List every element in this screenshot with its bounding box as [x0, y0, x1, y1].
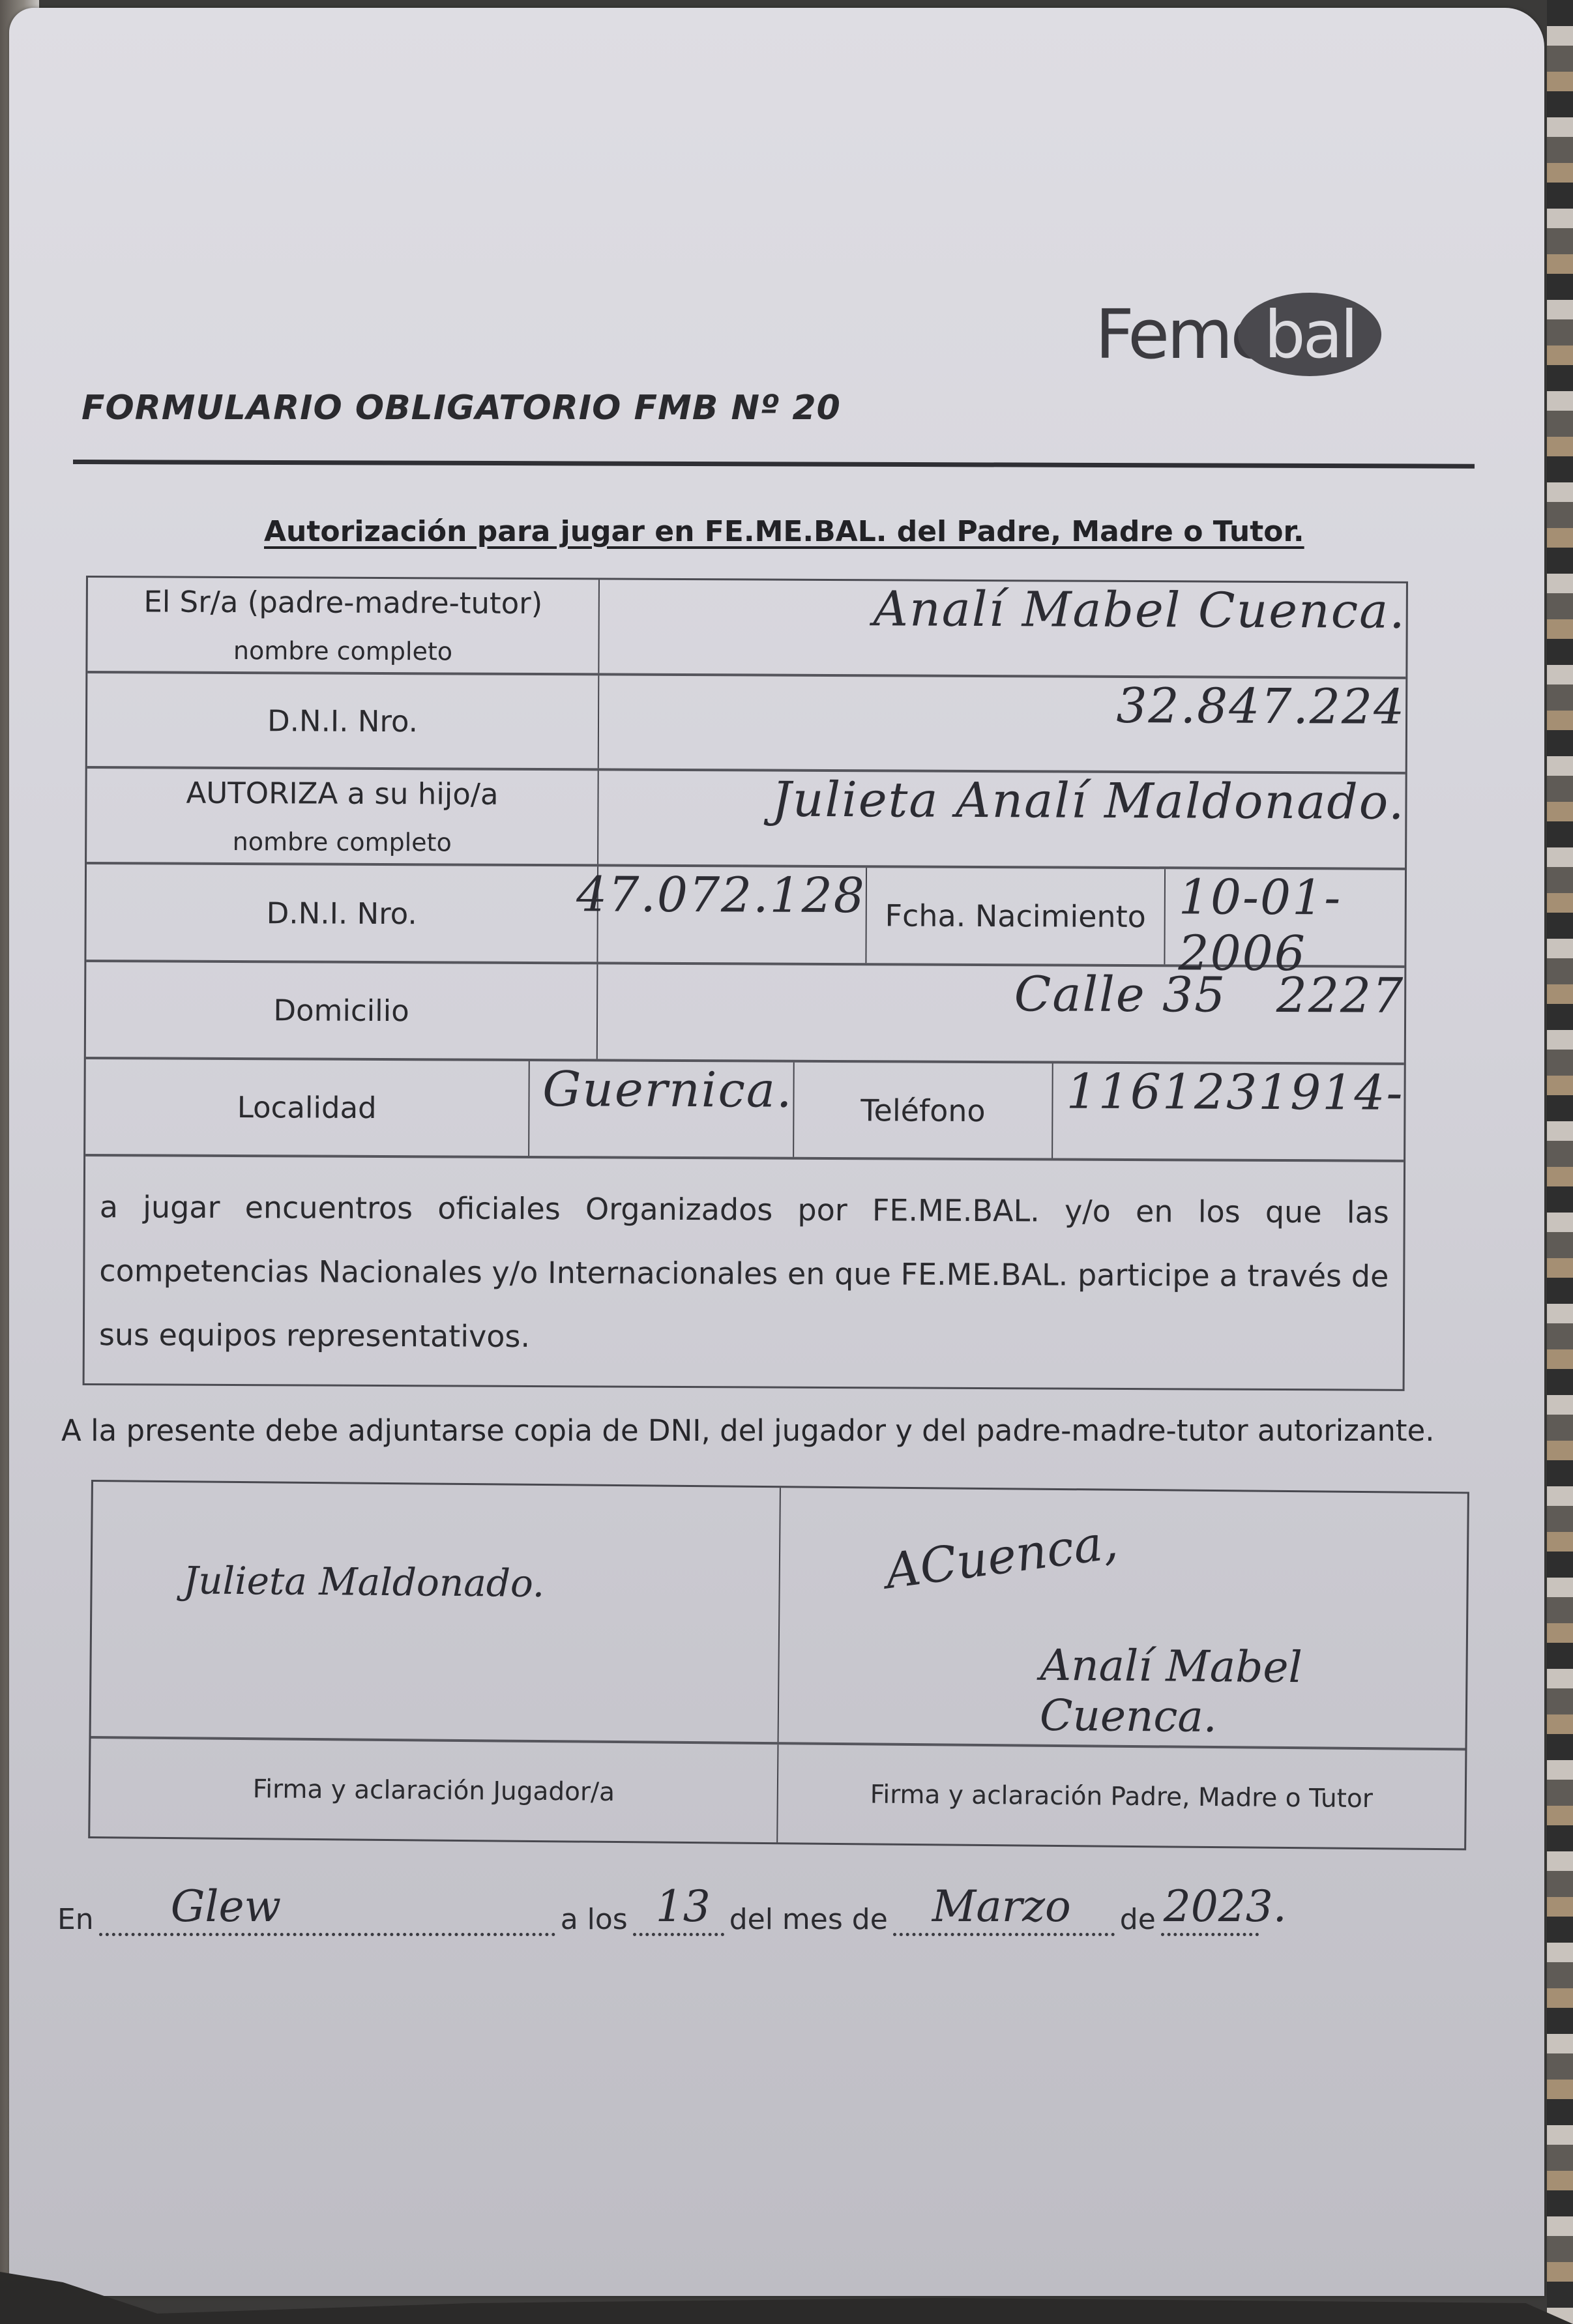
days-label: a los	[561, 1903, 628, 1936]
guardian-name-field[interactable]: Analí Mabel Cuenca.	[599, 580, 1406, 676]
child-dni-field[interactable]: 47.072.128	[598, 866, 867, 963]
year-value: 2023.	[1164, 1881, 1287, 1932]
player-signature-cell[interactable]: Julieta Maldonado.	[91, 1482, 781, 1742]
logo-ball-icon: bal	[1238, 293, 1381, 376]
guardian-signature-scribble: ACuenca,	[882, 1514, 1121, 1600]
player-signature-label-cell: Firma y aclaración Jugador/a	[90, 1739, 778, 1842]
address-row: Domicilio Calle 35 2227	[86, 962, 1405, 1065]
guardian-signature-name: Analí Mabel Cuenca.	[1040, 1640, 1466, 1744]
birthdate-label: Fcha. Nacimiento	[866, 868, 1166, 964]
locality-row: Localidad Guernica. Teléfono 1161231914-	[85, 1059, 1404, 1162]
month-value: Marzo	[932, 1881, 1071, 1932]
player-signature-label: Firma y aclaración Jugador/a	[252, 1774, 615, 1807]
city-value: Glew	[171, 1881, 281, 1932]
phone-field[interactable]: 1161231914-	[1053, 1063, 1404, 1159]
signature-table: Julieta Maldonado. ACuenca, Analí Mabel …	[88, 1480, 1469, 1850]
child-name-sublabel: nombre completo	[233, 827, 452, 857]
child-name-label: AUTORIZA a su hijo/a	[186, 776, 498, 812]
child-dni-label: D.N.I. Nro.	[86, 864, 598, 962]
child-name-label-cell: AUTORIZA a su hijo/a nombre completo	[87, 769, 599, 864]
child-dni-row: D.N.I. Nro. 47.072.128 Fcha. Nacimiento …	[86, 864, 1405, 968]
month-label: del mes de	[729, 1903, 888, 1936]
year-label: de	[1120, 1903, 1156, 1936]
form-title: FORMULARIO OBLIGATORIO FMB Nº 20	[81, 389, 841, 428]
attachment-note: A la presente debe adjuntarse copia de D…	[61, 1413, 1435, 1448]
guardian-signature-label: Firma y aclaración Padre, Madre o Tutor	[870, 1780, 1374, 1814]
day-value: 13	[656, 1881, 711, 1932]
signature-label-row: Firma y aclaración Jugador/a Firma y acl…	[90, 1739, 1465, 1848]
child-name-field[interactable]: Julieta Analí Maldonado.	[598, 771, 1405, 867]
child-name-row: AUTORIZA a su hijo/a nombre completo Jul…	[87, 769, 1405, 870]
guardian-dni-row: D.N.I. Nro. 32.847.224	[87, 673, 1406, 774]
signature-row: Julieta Maldonado. ACuenca, Analí Mabel …	[91, 1482, 1467, 1750]
place-date-line: En Glew a los 13 del mes de Marzo de 202…	[57, 1894, 1426, 1936]
guardian-dni-label: D.N.I. Nro.	[87, 673, 600, 768]
guardian-dni-field[interactable]: 32.847.224	[599, 675, 1406, 771]
locality-field[interactable]: Guernica.	[529, 1061, 795, 1157]
month-field[interactable]: Marzo	[893, 1894, 1115, 1936]
locality-label: Localidad	[85, 1059, 529, 1156]
phone-label: Teléfono	[794, 1063, 1053, 1158]
background-right	[1547, 0, 1573, 2324]
guardian-name-label-cell: El Sr/a (padre-madre-tutor) nombre compl…	[87, 578, 600, 673]
guardian-signature-label-cell: Firma y aclaración Padre, Madre o Tutor	[778, 1744, 1465, 1848]
date-prefix: En	[57, 1903, 94, 1936]
player-signature: Julieta Maldonado.	[183, 1558, 545, 1606]
day-field[interactable]: 13	[633, 1894, 724, 1936]
femebal-logo: Feme bal	[1095, 292, 1381, 377]
guardian-name-label: El Sr/a (padre-madre-tutor)	[143, 584, 542, 621]
guardian-name-row: El Sr/a (padre-madre-tutor) nombre compl…	[87, 578, 1406, 679]
city-field[interactable]: Glew	[99, 1894, 555, 1936]
guardian-signature: ACuenca, Analí Mabel Cuenca.	[779, 1488, 1467, 1748]
birthdate-field[interactable]: 10-01-2006	[1165, 869, 1405, 965]
form-subtitle: Autorización para jugar en FE.ME.BAL. de…	[264, 515, 1304, 548]
year-field[interactable]: 2023.	[1161, 1894, 1259, 1936]
address-field[interactable]: Calle 35 2227	[598, 964, 1405, 1062]
authorization-text: a jugar encuentros oficiales Organizados…	[85, 1156, 1404, 1389]
address-label: Domicilio	[86, 962, 598, 1059]
guardian-name-sublabel: nombre completo	[233, 636, 452, 666]
authorization-table: El Sr/a (padre-madre-tutor) nombre compl…	[83, 576, 1408, 1391]
guardian-signature-cell[interactable]: ACuenca, Analí Mabel Cuenca.	[779, 1488, 1467, 1748]
